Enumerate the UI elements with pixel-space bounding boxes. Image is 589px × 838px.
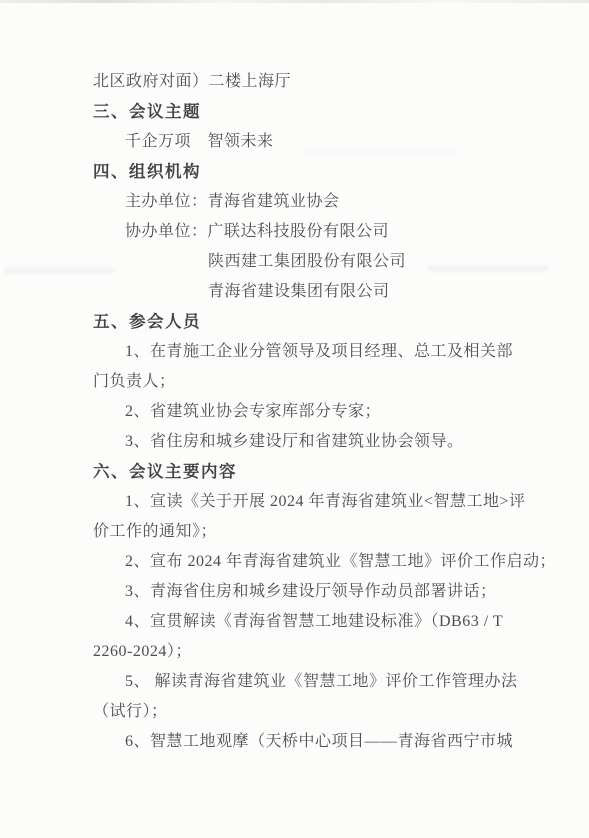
document-line: 青海省建设集团有限公司 — [93, 277, 523, 307]
document-page: 北区政府对面）二楼上海厅三、会议主题千企万项 智领未来四、组织机构主办单位：青海… — [0, 0, 589, 838]
document-line: 3、青海省住房和城乡建设厅领导作动员部署讲话； — [93, 577, 523, 607]
scan-edge-artifact — [0, 0, 589, 3]
document-line: 陕西建工集团股份有限公司 — [93, 247, 523, 277]
document-line: 2260-2024）； — [93, 637, 523, 667]
document-line: 2、宣布 2024 年青海省建筑业《智慧工地》评价工作启动； — [93, 547, 523, 577]
document-line: 1、在青施工企业分管领导及项目经理、总工及相关部 — [93, 337, 523, 367]
section-heading: 五、参会人员 — [93, 307, 523, 337]
section-heading: 四、组织机构 — [93, 157, 523, 187]
section-heading: 三、会议主题 — [93, 97, 523, 127]
document-line: （试行）； — [93, 697, 523, 727]
document-line: 3、省住房和城乡建设厅和省建筑业协会领导。 — [93, 427, 523, 457]
document-body: 北区政府对面）二楼上海厅三、会议主题千企万项 智领未来四、组织机构主办单位：青海… — [93, 67, 523, 757]
section-heading: 六、会议主要内容 — [93, 457, 523, 487]
document-line: 价工作的通知》； — [93, 517, 523, 547]
document-line: 2、省建筑业协会专家库部分专家； — [93, 397, 523, 427]
document-line: 门负责人； — [93, 367, 523, 397]
document-line: 千企万项 智领未来 — [93, 127, 523, 157]
document-line: 主办单位：青海省建筑业协会 — [93, 187, 523, 217]
document-line: 6、智慧工地观摩（天桥中心项目——青海省西宁市城 — [93, 727, 523, 757]
document-line: 5、 解读青海省建筑业《智慧工地》评价工作管理办法 — [93, 667, 523, 697]
document-line: 北区政府对面）二楼上海厅 — [93, 67, 523, 97]
document-line: 协办单位：广联达科技股份有限公司 — [93, 217, 523, 247]
document-line: 4、宣贯解读《青海省智慧工地建设标准》（DB63 / T — [93, 607, 523, 637]
document-line: 1、宣读《关于开展 2024 年青海省建筑业<智慧工地>评 — [93, 487, 523, 517]
